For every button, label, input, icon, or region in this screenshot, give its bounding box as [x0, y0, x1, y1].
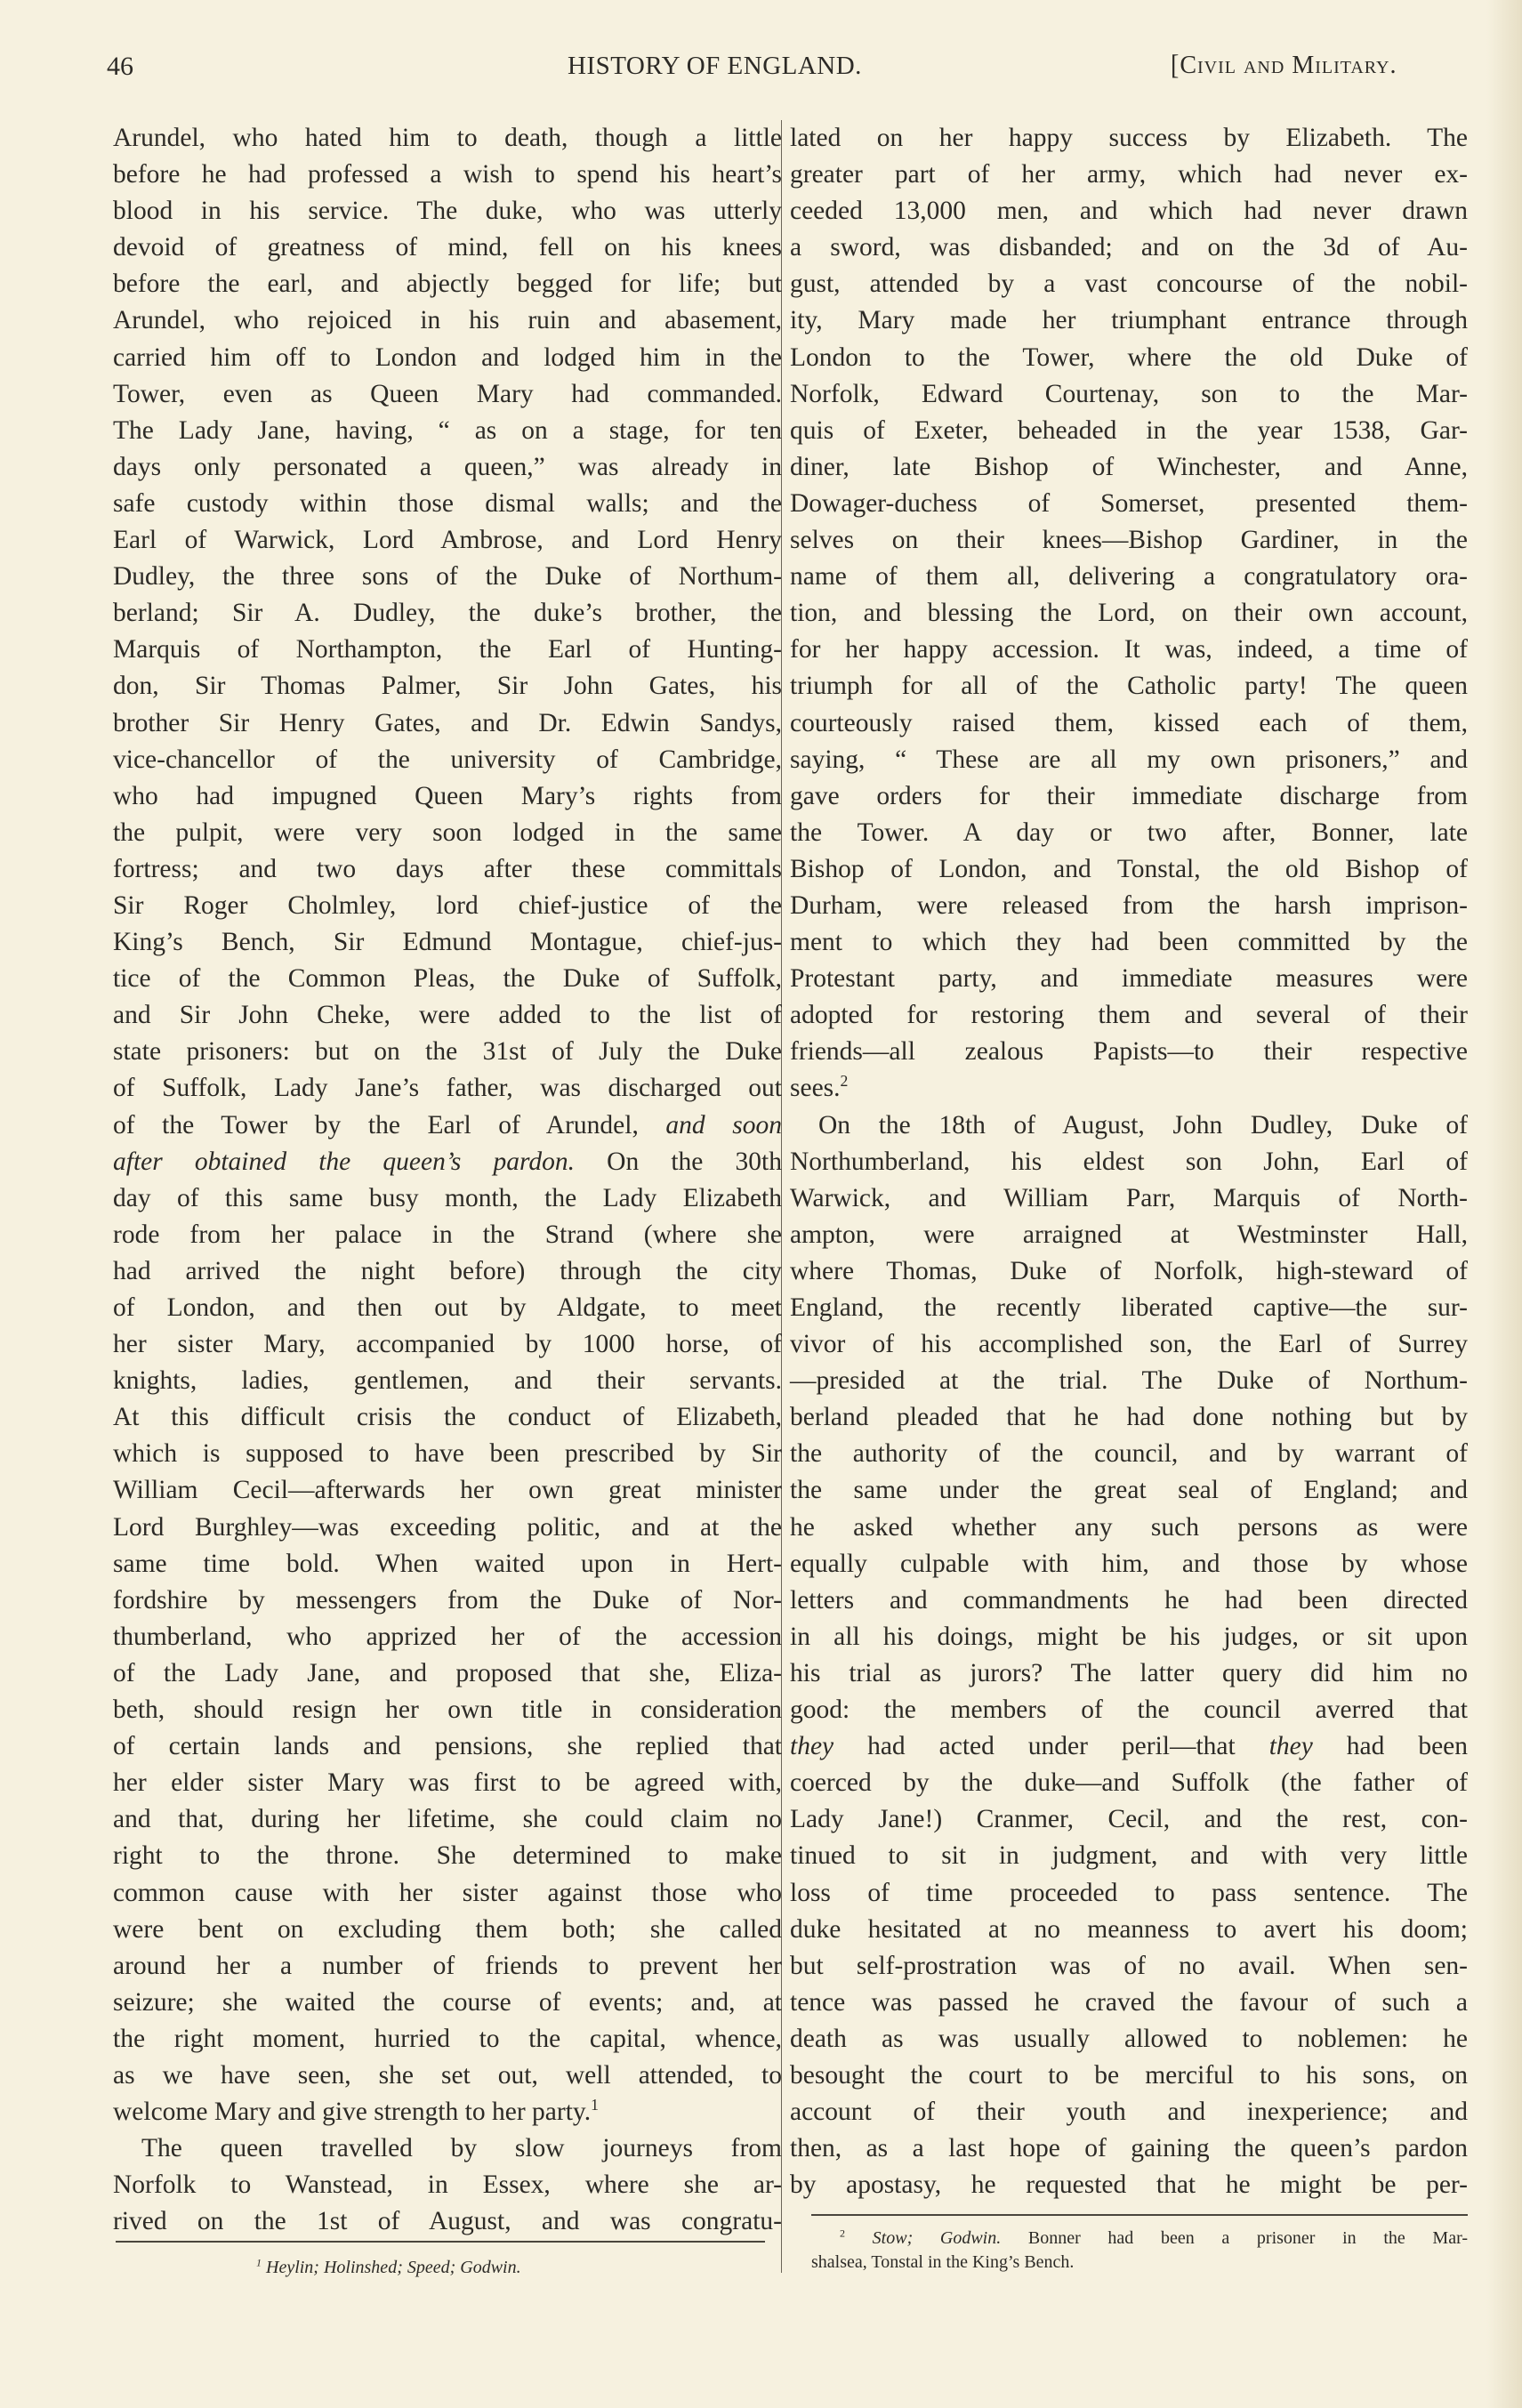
text-line: vice-chancellor of the university of Cam… — [113, 742, 782, 778]
text-line: a sword, was disbanded; and on the 3d of… — [790, 230, 1468, 266]
footnote-text: Bonner had been a prisoner in the Mar- — [1001, 2228, 1468, 2248]
text-line: selves on their knees—Bishop Gardiner, i… — [790, 522, 1468, 559]
text-line: triumph for all of the Catholic party! T… — [790, 668, 1468, 705]
text-line: greater part of her army, which had neve… — [790, 157, 1468, 193]
footnote-line: shalsea, Tonstal in the King’s Bench. — [811, 2251, 1468, 2275]
text-line: and Sir John Cheke, were added to the li… — [113, 997, 782, 1034]
text-line: of London, and then out by Aldgate, to m… — [113, 1290, 782, 1326]
running-title: HISTORY OF ENGLAND. — [568, 52, 862, 81]
text-line: then, as a last hope of gaining the quee… — [790, 2130, 1468, 2167]
footnote-marker: 1 — [256, 2256, 262, 2268]
text-line: of the Tower by the Earl of Arundel, and… — [113, 1107, 782, 1144]
text-line: brother Sir Henry Gates, and Dr. Edwin S… — [113, 705, 782, 742]
text-line: knights, ladies, gentlemen, and their se… — [113, 1363, 782, 1399]
section-bracket: [ — [1171, 50, 1180, 83]
text-line: around her a number of friends to preven… — [113, 1948, 782, 1985]
text-line: as we have seen, she set out, well atten… — [113, 2058, 782, 2094]
text-line: saying, “ These are all my own prisoners… — [790, 742, 1468, 778]
text-line: loss of time proceeded to pass sentence.… — [790, 1875, 1468, 1912]
page-edge-shadow — [1486, 0, 1522, 2408]
text-line: ity, Mary made her triumphant entrance t… — [790, 302, 1468, 339]
text-line: in all his doings, might be his judges, … — [790, 1619, 1468, 1655]
text-line: besought the court to be merciful to his… — [790, 2058, 1468, 2094]
text-line: same time bold. When waited upon in Hert… — [113, 1546, 782, 1583]
text-line: Dowager-duchess of Somerset, presented t… — [790, 486, 1468, 522]
text-line: Tower, even as Queen Mary had commanded. — [113, 376, 782, 413]
text-line: beth, should resign her own title in con… — [113, 1692, 782, 1728]
text-line: Bishop of London, and Tonstal, the old B… — [790, 851, 1468, 888]
text-line: account of their youth and inexperience;… — [790, 2094, 1468, 2130]
text-line: the Tower. A day or two after, Bonner, l… — [790, 815, 1468, 851]
text-line: don, Sir Thomas Palmer, Sir John Gates, … — [113, 668, 782, 705]
text-line: tinued to sit in judgment, and with very… — [790, 1838, 1468, 1874]
footnote-sources: Stow; Godwin. — [873, 2228, 1002, 2248]
footnote-reference: 1 — [591, 2096, 599, 2114]
text-line: On the 18th of August, John Dudley, Duke… — [790, 1107, 1468, 1144]
text-line: Marquis of Northampton, the Earl of Hunt… — [113, 632, 782, 668]
text-line: Warwick, and William Parr, Marquis of No… — [790, 1180, 1468, 1217]
text-line: welcome Mary and give strength to her pa… — [113, 2094, 782, 2130]
footnote-text: Heylin; Holinshed; Speed; Godwin. — [266, 2258, 521, 2277]
text-line: adopted for restoring them and several o… — [790, 997, 1468, 1034]
page-number: 46 — [107, 52, 133, 82]
text-line: friends—all zealous Papists—to their res… — [790, 1034, 1468, 1070]
text-line: tion, and blessing the Lord, on their ow… — [790, 595, 1468, 632]
text-line: good: the members of the council averred… — [790, 1692, 1468, 1728]
text-line: berland; Sir A. Dudley, the duke’s broth… — [113, 595, 782, 632]
text-line: diner, late Bishop of Winchester, and An… — [790, 449, 1468, 486]
text-line: of the Lady Jane, and proposed that she,… — [113, 1655, 782, 1692]
left-column: Arundel, who hated him to death, though … — [113, 120, 782, 2240]
text-line: The queen travelled by slow journeys fro… — [113, 2130, 782, 2167]
text-line: rode from her palace in the Strand (wher… — [113, 1217, 782, 1253]
text-line: equally culpable with him, and those by … — [790, 1546, 1468, 1583]
text-line: the authority of the council, and by war… — [790, 1436, 1468, 1472]
text-line: Sir Roger Cholmley, lord chief-justice o… — [113, 888, 782, 924]
text-line: Norfolk to Wanstead, in Essex, where she… — [113, 2167, 782, 2203]
text-line: Northumberland, his eldest son John, Ear… — [790, 1144, 1468, 1180]
footnote-marker: 2 — [840, 2227, 845, 2239]
text-span: On the 30th — [575, 1148, 782, 1176]
right-column: lated on her happy success by Elizabeth.… — [790, 120, 1468, 2203]
text-line: day of this same busy month, the Lady El… — [113, 1180, 782, 1217]
text-line: Dudley, the three sons of the Duke of No… — [113, 559, 782, 595]
text-line: lated on her happy success by Elizabeth.… — [790, 120, 1468, 157]
text-line: tence was passed he craved the favour of… — [790, 1985, 1468, 2021]
text-line: her sister Mary, accompanied by 1000 hor… — [113, 1326, 782, 1363]
italic-text: they — [1269, 1732, 1313, 1760]
text-line: the right moment, hurried to the capital… — [113, 2021, 782, 2058]
text-line: he asked whether any such persons as wer… — [790, 1510, 1468, 1546]
text-line: the pulpit, were very soon lodged in the… — [113, 815, 782, 851]
footnote-2: 2 Stow; Godwin. Bonner had been a prison… — [811, 2227, 1468, 2275]
text-line: of Suffolk, Lady Jane’s father, was disc… — [113, 1070, 782, 1107]
text-line: Norfolk, Edward Courtenay, son to the Ma… — [790, 376, 1468, 413]
text-line: ceeded 13,000 men, and which had never d… — [790, 193, 1468, 230]
text-line: had arrived the night before) through th… — [113, 1253, 782, 1290]
footnote-rule-left — [116, 2241, 765, 2243]
text-span: had been — [1313, 1732, 1468, 1760]
text-line: Durham, were released from the harsh imp… — [790, 888, 1468, 924]
text-line: Arundel, who rejoiced in his ruin and ab… — [113, 302, 782, 339]
text-line: and that, during her lifetime, she could… — [113, 1801, 782, 1838]
footnote-rule-right — [811, 2214, 1468, 2216]
text-line: common cause with her sister against tho… — [113, 1875, 782, 1912]
footnote-1: 1 Heylin; Holinshed; Speed; Godwin. — [256, 2256, 521, 2280]
text-line: At this difficult crisis the conduct of … — [113, 1399, 782, 1436]
text-line: but self-prostration was of no avail. Wh… — [790, 1948, 1468, 1985]
text-line: blood in his service. The duke, who was … — [113, 193, 782, 230]
footnote-reference: 2 — [841, 1073, 849, 1091]
text-line: the same under the great seal of England… — [790, 1472, 1468, 1509]
text-line: were bent on excluding them both; she ca… — [113, 1912, 782, 1948]
page-header: 46 HISTORY OF ENGLAND. [Civil and Milita… — [107, 52, 1459, 87]
text-line: before the earl, and abjectly begged for… — [113, 266, 782, 302]
text-line: William Cecil—afterwards her own great m… — [113, 1472, 782, 1509]
text-line: tice of the Common Pleas, the Duke of Su… — [113, 961, 782, 997]
text-line: her elder sister Mary was first to be ag… — [113, 1765, 782, 1801]
text-line: Earl of Warwick, Lord Ambrose, and Lord … — [113, 522, 782, 559]
text-line: after obtained the queen’s pardon. On th… — [113, 1144, 782, 1180]
footnote-line: 2 Stow; Godwin. Bonner had been a prison… — [811, 2227, 1468, 2251]
text-line: safe custody within those dismal walls; … — [113, 486, 782, 522]
text-line: The Lady Jane, having, “ as on a stage, … — [113, 413, 782, 449]
text-line: Protestant party, and immediate measures… — [790, 961, 1468, 997]
text-line: his trial as jurors? The latter query di… — [790, 1655, 1468, 1692]
text-line: letters and commandments he had been dir… — [790, 1583, 1468, 1619]
text-line: sees.2 — [790, 1070, 1468, 1107]
text-line: carried him off to London and lodged him… — [113, 340, 782, 376]
text-line: coerced by the duke—and Suffolk (the fat… — [790, 1765, 1468, 1801]
text-span: welcome Mary and give strength to her pa… — [113, 2098, 591, 2126]
section-title-text: Civil and Military. — [1180, 52, 1397, 79]
text-line: of certain lands and pensions, she repli… — [113, 1728, 782, 1765]
text-line: Lady Jane!) Cranmer, Cecil, and the rest… — [790, 1801, 1468, 1838]
text-line: thumberland, who apprized her of the acc… — [113, 1619, 782, 1655]
text-line: Lord Burghley—was exceeding politic, and… — [113, 1510, 782, 1546]
text-line: fordshire by messengers from the Duke of… — [113, 1583, 782, 1619]
text-line: fortress; and two days after these commi… — [113, 851, 782, 888]
text-span: of the Tower by the Earl of Arundel, — [113, 1111, 639, 1140]
text-line: gust, attended by a vast concourse of th… — [790, 266, 1468, 302]
text-line: seizure; she waited the course of events… — [113, 1985, 782, 2021]
text-line: gave orders for their immediate discharg… — [790, 778, 1468, 815]
text-line: England, the recently liberated captive—… — [790, 1290, 1468, 1326]
italic-text: after obtained the queen’s pardon. — [113, 1148, 575, 1176]
text-line: King’s Bench, Sir Edmund Montague, chief… — [113, 924, 782, 961]
text-line: by apostasy, he requested that he might … — [790, 2167, 1468, 2203]
text-line: vivor of his accomplished son, the Earl … — [790, 1326, 1468, 1363]
text-line: for her happy accession. It was, indeed,… — [790, 632, 1468, 668]
text-line: days only personated a queen,” was alrea… — [113, 449, 782, 486]
text-line: ampton, were arraigned at Westminster Ha… — [790, 1217, 1468, 1253]
text-line: name of them all, delivering a congratul… — [790, 559, 1468, 595]
text-line: —presided at the trial. The Duke of Nort… — [790, 1363, 1468, 1399]
text-line: Arundel, who hated him to death, though … — [113, 120, 782, 157]
text-line: death as was usually allowed to noblemen… — [790, 2021, 1468, 2058]
text-span: sees. — [790, 1074, 841, 1102]
text-line: state prisoners: but on the 31st of July… — [113, 1034, 782, 1070]
text-line: which is supposed to have been prescribe… — [113, 1436, 782, 1472]
italic-text: and soon — [665, 1111, 782, 1140]
text-line: quis of Exeter, beheaded in the year 153… — [790, 413, 1468, 449]
text-line: where Thomas, Duke of Norfolk, high-stew… — [790, 1253, 1468, 1290]
text-line: berland pleaded that he had done nothing… — [790, 1399, 1468, 1436]
italic-text: they — [790, 1732, 833, 1760]
section-title: [Civil and Military. — [1171, 52, 1397, 80]
text-line: courteously raised them, kissed each of … — [790, 705, 1468, 742]
text-line: right to the throne. She determined to m… — [113, 1838, 782, 1874]
text-line: London to the Tower, where the old Duke … — [790, 340, 1468, 376]
text-line: before he had professed a wish to spend … — [113, 157, 782, 193]
text-span: had acted under peril—that — [867, 1732, 1236, 1760]
text-line: duke hesitated at no meanness to avert h… — [790, 1912, 1468, 1948]
text-line: devoid of greatness of mind, fell on his… — [113, 230, 782, 266]
text-line: ment to which they had been committed by… — [790, 924, 1468, 961]
text-line: rived on the 1st of August, and was cong… — [113, 2203, 782, 2240]
text-line: who had impugned Queen Mary’s rights fro… — [113, 778, 782, 815]
text-line: they had acted under peril—that they had… — [790, 1728, 1468, 1765]
